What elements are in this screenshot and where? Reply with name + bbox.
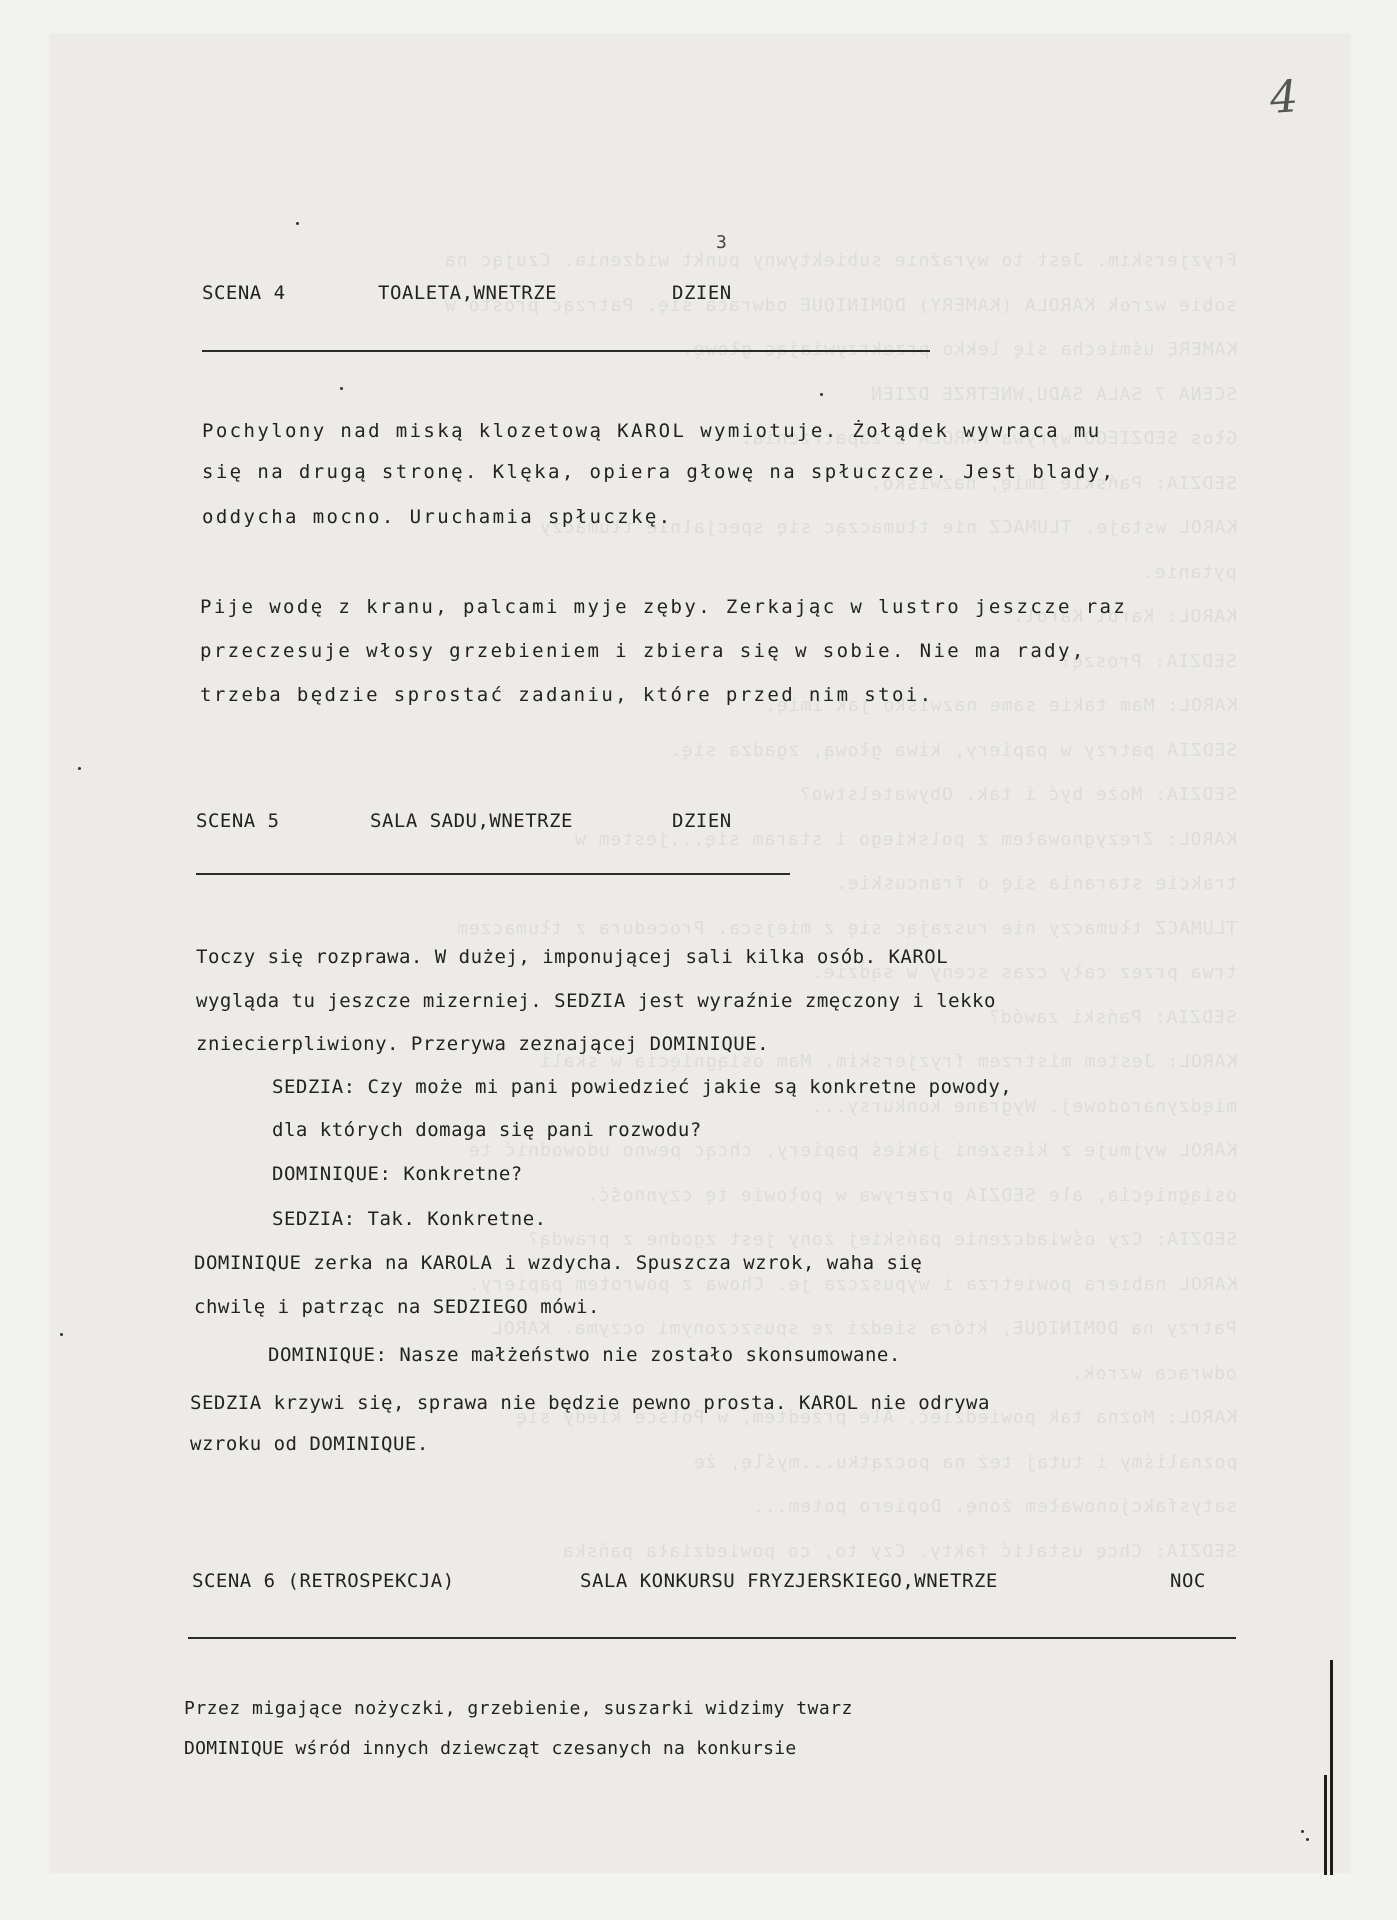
text-line: się na drugą stronę. Klęka, opiera głowę…: [202, 461, 1115, 483]
text-line: chwilę i patrząc na SEDZIEGO mówi.: [194, 1296, 600, 1318]
bleed-through-line: trakcie starania się o francuskie.: [835, 873, 1237, 894]
margin-binding-mark: [1330, 1660, 1333, 1875]
text-line: Pije wodę z kranu, palcami myje zęby. Ze…: [200, 596, 1127, 618]
bleed-through-line: SEDZIA: Czy oświadczenie pańskiej żony j…: [527, 1229, 1237, 1250]
bleed-through-line: KAROL wyjmuje z kieszeni jakieś papiery,…: [468, 1140, 1237, 1161]
dialogue-line: DOMINIQUE: Nasze małżeństwo nie zostało …: [268, 1344, 901, 1366]
scene-location: TOALETA,WNETRZE: [378, 282, 557, 304]
ink-speck: [296, 222, 299, 225]
text-line: wzroku od DOMINIQUE.: [190, 1433, 429, 1455]
handwritten-page-number: 4: [1268, 71, 1299, 124]
text-line: Przez migające nożyczki, grzebienie, sus…: [184, 1698, 853, 1719]
text-line: przeczesuje włosy grzebieniem i zbiera s…: [200, 640, 1086, 662]
text-line: wygląda tu jeszcze mizerniej. SEDZIA jes…: [196, 990, 996, 1012]
bleed-through-line: odwraca wzrok.: [1071, 1363, 1237, 1384]
bleed-through-line: SCENA 7 SALA SADU,WNETRZE DZIEN: [870, 384, 1237, 405]
bleed-through-line: Fryzjerskim. Jest to wyraźnie subiektywn…: [444, 250, 1237, 271]
text-line: DOMINIQUE zerka na KAROLA i wzdycha. Spu…: [194, 1252, 922, 1274]
bleed-through-line: SEDZIA patrzy w papiery, kiwa głową, zga…: [669, 740, 1237, 761]
text-line: Pochylony nad miską klozetową KAROL wymi…: [202, 420, 1102, 442]
scene-heading-underline: [202, 350, 930, 352]
typed-page-number: 3: [716, 232, 727, 253]
bleed-through-line: SEDZIA: Chcę ustalić fakty. Czy to, co p…: [562, 1541, 1237, 1562]
bleed-through-line: sobie wzrok KAROLA (KAMERY) DOMINIQUE od…: [444, 295, 1237, 316]
dialogue-line: SEDZIA: Czy może mi pani powiedzieć jaki…: [272, 1076, 1012, 1098]
bleed-through-line: osiągnięcia, ale SEDZIA przerywa w połow…: [586, 1185, 1237, 1206]
scene-time: DZIEN: [672, 810, 732, 832]
ink-speck: [60, 1333, 63, 1336]
scene-number: SCENA 4: [202, 282, 286, 304]
text-line: Toczy się rozprawa. W dużej, imponującej…: [196, 946, 948, 968]
ink-speck: [820, 393, 823, 396]
scene-location: SALA KONKURSU FRYZJERSKIEGO,WNETRZE: [580, 1570, 998, 1592]
bleed-through-line: pytanie.: [1142, 562, 1237, 583]
scene-number: SCENA 5: [196, 810, 280, 832]
scene-number: SCENA 6 (RETROSPEKCJA): [192, 1570, 455, 1592]
bleed-through-line: TLUMACZ tłumaczy nie ruszając się z miej…: [456, 918, 1237, 939]
bleed-through-line: poznaliśmy i tutaj też na początku...myś…: [693, 1452, 1238, 1473]
text-line: oddycha mocno. Uruchamia spłuczkę.: [202, 506, 673, 528]
dialogue-line: DOMINIQUE: Konkretne?: [272, 1163, 523, 1185]
bleed-through-line: SEDZIA: Może być i tak. Obywatelstwo?: [799, 784, 1237, 805]
dialogue-line: dla których domaga się pani rozwodu?: [272, 1119, 702, 1141]
dialogue-line: SEDZIA: Tak. Konkretne.: [272, 1208, 547, 1230]
scene-time: NOC: [1170, 1570, 1206, 1592]
text-line: zniecierpliwiony. Przerywa zeznającej DO…: [196, 1033, 769, 1055]
ink-speck: [1306, 1838, 1309, 1841]
bleed-through-line: SEDZIA: Proszę?: [1059, 651, 1237, 672]
bleed-through-line: satysfakcjonowałem żonę. Dopiero potem..…: [752, 1496, 1237, 1517]
bleed-through-line: międzynarodowej. Wygrane konkursy...: [811, 1096, 1237, 1117]
scene-heading-underline: [196, 873, 790, 875]
scene-heading-underline: [188, 1637, 1236, 1639]
ink-speck: [78, 767, 81, 770]
bleed-through-line: KAROL nabiera powietrza i wypuszcza je. …: [468, 1274, 1237, 1295]
scene-time: DZIEN: [672, 282, 732, 304]
ink-speck: [1301, 1830, 1304, 1833]
text-line: DOMINIQUE wśród innych dziewcząt czesany…: [184, 1738, 797, 1759]
bleed-through-line: Patrzy na DOMINIQUE, która siedzi ze spu…: [491, 1318, 1237, 1339]
ink-speck: [340, 387, 343, 390]
scene-location: SALA SADU,WNETRZE: [370, 810, 573, 832]
margin-binding-mark: [1324, 1775, 1327, 1875]
text-line: trzeba będzie sprostać zadaniu, które pr…: [200, 684, 933, 706]
bleed-through-line: SEDZIA: Pański zawód?: [988, 1007, 1237, 1028]
text-line: SEDZIA krzywi się, sprawa nie będzie pew…: [190, 1392, 990, 1414]
